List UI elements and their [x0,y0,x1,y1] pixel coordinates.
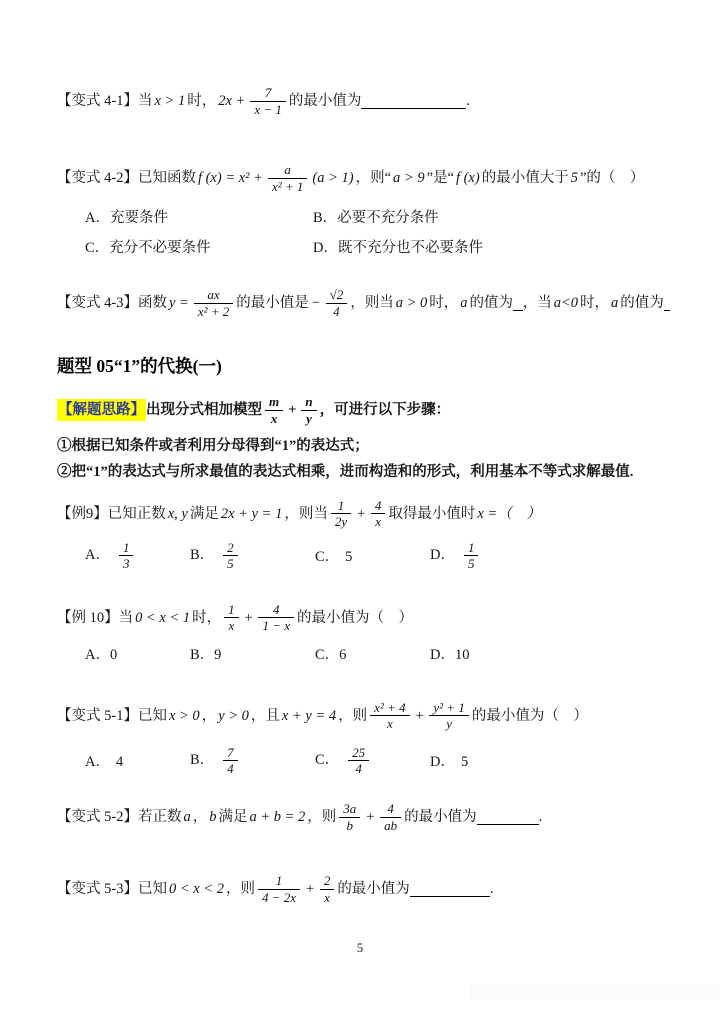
problem-text: 满足 [190,505,219,523]
problem-text: 满足 [218,808,247,826]
math-inline: f (x) = x² + [198,169,263,187]
faint-watermark-band [470,984,720,1000]
fraction-numerator: 4 [380,801,401,818]
fraction-numerator: 3a [339,801,360,818]
fraction-numerator: 25 [348,745,369,762]
fraction: 12y [331,498,351,530]
plus-sign: + [305,880,315,898]
options-grid: A．充要条件 B．必要不充分条件 C．充分不必要条件 D．既不充分也不必要条件 [85,206,670,257]
answer-blank [664,296,670,311]
problem-text: 的最小值是 [236,294,309,312]
fraction: 14 − 2x [258,873,300,905]
fraction-numerator: x² + 4 [370,700,409,717]
option-b: B．9 [190,643,315,664]
fraction: 2x [320,873,335,905]
fraction-denominator: 1 − x [258,618,294,634]
minus-sign: − [311,294,321,312]
problem-text: ，且 [251,707,280,725]
fraction-denominator: y [301,411,316,427]
plus-sign: + [365,808,375,826]
fraction: 74 [223,745,238,777]
answer-blank [410,882,490,897]
option-label: B． [190,547,214,563]
options-row: A．4 B．74 C．254 D．5 [85,745,670,777]
fraction-denominator: x [370,716,409,732]
strategy-line: 【解题思路】出现分式相加模型mx+ny，可进行以下步骤： [57,388,670,432]
strategy-step-2: ②把“1”的表达式与所求最值的表达式相乘，进而构造和的形式，利用基本不等式求解最… [57,463,670,482]
fraction-numerator: 2 [320,873,335,890]
problem-text: 的最小值为 [404,808,477,826]
problem-4-3: 【变式 4-3】函数y =axx² + 2的最小值是−√24，则当a > 0时，… [57,275,670,331]
math-inline: x =（ ） [477,505,540,523]
problem-5-3: 【变式 5-3】已知0 < x < 2，则14 − 2x+2x的最小值为. [57,867,670,911]
fraction-numerator: 1 [464,540,479,557]
fraction: 4ab [380,801,401,833]
problem-label-text: 【变式 5-2】若正数 [57,808,181,826]
option-d: D．15 [430,540,481,572]
option-c: C．充分不必要条件 [85,236,313,257]
answer-blank [513,296,523,311]
fraction-denominator: ab [380,818,401,834]
fraction-denominator: x [320,890,335,906]
math-inline: 2x + [218,92,245,110]
answer-blank [361,94,466,109]
fraction: 13 [119,540,134,572]
problem-text: ，当 [523,294,552,312]
fraction: 25 [223,540,238,572]
fraction-denominator: 4 [223,761,238,777]
fraction-denominator: b [339,818,360,834]
fraction: 3ab [339,801,360,833]
problem-label-text: 【变式 4-2】已知函数 [57,169,196,187]
problem-text: 的最小值为（ ） [297,609,413,627]
option-b: B．74 [190,745,315,777]
math-inline: a [611,294,618,312]
math-inline: 5 [571,169,578,187]
option-value: 5 [345,549,352,565]
fraction-denominator: 2y [331,514,351,530]
plus-sign: + [415,707,425,725]
option-c: C．254 [315,745,430,777]
math-inline: 0 < x < 2 [169,880,224,898]
option-value: 4 [116,754,123,770]
problem-text: ”是“ [427,169,454,187]
option-b: B．必要不充分条件 [313,206,670,227]
option-d: D．10 [430,643,469,664]
option-label: D． [430,754,455,770]
math-inline: a + b = 2 [249,808,305,826]
fraction-numerator: 1 [224,602,239,619]
option-label: C． [315,549,339,565]
plus-sign: + [288,401,296,419]
fraction: mx [265,394,283,426]
math-inline: (a > 1) [312,169,353,187]
math-inline: 2x + y = 1 [221,505,282,523]
problem-text: . [539,808,543,826]
fraction-denominator: x [224,618,239,634]
answer-blank [477,810,539,825]
math-inline: y = [169,294,189,312]
fraction-numerator: 7 [223,745,238,762]
fraction-numerator: 1 [331,498,351,515]
fraction-denominator: 4 − 2x [258,890,300,906]
math-inline: a > 9 [393,169,425,187]
problem-text: ，则当 [284,505,328,523]
problem-text: 的最小值大于 [482,169,569,187]
fraction-numerator: y² + 1 [429,700,468,717]
strategy-step-1: ①根据已知条件或者利用分母得到“1”的表达式； [57,437,670,456]
fraction-numerator: m [265,394,283,411]
problem-4-1: 【变式 4-1】当x > 1时，2x +7x − 1的最小值为. [57,78,670,124]
problem-label-text: 【变式 4-1】当 [57,92,152,110]
problem-text: 的最小值为 [289,92,362,110]
fraction: y² + 1y [429,700,468,732]
options-row: A．0 B．9 C．6 D．10 [85,643,670,664]
problem-label-text: 【变式 4-3】函数 [57,294,167,312]
fraction: √24 [326,287,348,319]
fraction-numerator: n [301,394,316,411]
math-inline: b [209,808,216,826]
fraction: 7x − 1 [250,85,286,117]
fraction: ax² + 1 [268,162,307,194]
option-a: A．充要条件 [85,206,313,227]
options-row: A．13 B．25 C．5 D．15 [85,540,670,572]
problem-text: 时， [192,609,221,627]
problem-label-text: 【变式 5-1】已知 [57,707,167,725]
problem-text: ，则“ [356,169,391,187]
problem-example-9: 【例9】已知正数x, y满足2x + y = 1，则当12y+4x取得最小值时x… [57,492,670,536]
option-label: D． [430,547,455,563]
math-inline: 0 < x < 1 [135,609,190,627]
math-inline: x, y [168,505,188,523]
fraction-numerator: 2 [223,540,238,557]
math-inline: x > 0 [169,707,200,725]
option-d: D．既不充分也不必要条件 [313,236,670,257]
fraction-numerator: ax [194,287,233,304]
problem-text: 的值为 [470,294,514,312]
problem-5-1: 【变式 5-1】已知x > 0，y > 0，且x + y = 4，则x² + 4… [57,692,670,740]
strategy-label-highlighted: 【解题思路】 [57,399,146,421]
math-inline: x + y = 4 [282,707,336,725]
problem-text: ， [202,707,217,725]
section-heading: 题型 05“1”的代换(一) [57,353,670,378]
math-inline: a > 0 [396,294,428,312]
strategy-text: ，可进行以下步骤： [320,401,451,419]
problem-text: ，则 [307,808,336,826]
fraction-numerator: 4 [371,498,386,515]
option-label: A． [85,547,110,563]
problem-5-2: 【变式 5-2】若正数a，b满足a + b = 2，则3ab+4ab的最小值为. [57,795,670,839]
fraction-denominator: y [429,716,468,732]
fraction: 4x [371,498,386,530]
fraction-denominator: x² + 1 [268,179,307,195]
fraction-numerator: 1 [258,873,300,890]
problem-4-2: 【变式 4-2】已知函数f (x) = x² +ax² + 1(a > 1)，则… [57,156,670,200]
fraction-denominator: 5 [223,556,238,572]
fraction: ny [301,394,316,426]
fraction-denominator: x [371,514,386,530]
problem-label-text: 【例9】已知正数 [57,505,166,523]
option-a: A．13 [85,540,190,572]
option-a: A．4 [85,750,190,771]
option-b: B．25 [190,540,315,572]
problem-text: ”的（ ） [580,169,644,187]
fraction-numerator: 4 [258,602,294,619]
plus-sign: + [244,609,254,627]
problem-label-text: 【例 10】当 [57,609,133,627]
fraction: axx² + 2 [194,287,233,319]
option-a: A．0 [85,643,190,664]
fraction: 1x [224,602,239,634]
fraction-denominator: x² + 2 [194,304,233,320]
fraction-denominator: 4 [348,761,369,777]
problem-text: . [490,880,494,898]
fraction-numerator: 1 [119,540,134,557]
fraction-denominator: 4 [326,304,348,320]
math-inline: a [183,808,190,826]
math-inline: a<0 [554,294,578,312]
problem-text: 取得最小值时 [388,505,475,523]
problem-text: ，则 [338,707,367,725]
plus-sign: + [356,505,366,523]
worksheet-page: 【变式 4-1】当x > 1时，2x +7x − 1的最小值为. 【变式 4-2… [0,0,720,1018]
fraction-numerator: a [268,162,307,179]
fraction-numerator: √2 [326,287,348,304]
math-inline: f (x) [456,169,480,187]
problem-text: . [466,92,470,110]
problem-text: 时， [187,92,216,110]
page-content: 【变式 4-1】当x > 1时，2x +7x − 1的最小值为. 【变式 4-2… [0,78,720,911]
option-label: C． [315,752,339,768]
fraction-numerator: 7 [250,85,286,102]
option-c: C．5 [315,545,430,566]
strategy-text: 出现分式相加模型 [146,401,262,419]
fraction: x² + 4x [370,700,409,732]
problem-text: 的最小值为（ ） [472,707,588,725]
math-inline: a [460,294,467,312]
option-value: 5 [461,754,468,770]
problem-label-text: 【变式 5-3】已知 [57,880,167,898]
fraction-denominator: 5 [464,556,479,572]
math-inline: x > 1 [154,92,185,110]
option-label: B． [190,752,214,768]
fraction: 15 [464,540,479,572]
math-inline: y > 0 [218,707,249,725]
problem-text: ，则 [226,880,255,898]
option-c: C．6 [315,643,430,664]
problem-text: 时， [429,294,458,312]
fraction-denominator: 3 [119,556,134,572]
problem-text: 的最小值为 [337,880,410,898]
problem-text: 的值为 [620,294,664,312]
fraction: 254 [348,745,369,777]
fraction: 41 − x [258,602,294,634]
problem-text: ， [193,808,208,826]
problem-text: ，则当 [350,294,394,312]
fraction-denominator: x [265,411,283,427]
problem-text: 时， [580,294,609,312]
page-number: 5 [0,940,720,956]
fraction-denominator: x − 1 [250,102,286,118]
option-label: A． [85,754,110,770]
problem-example-10: 【例 10】当0 < x < 1时，1x+41 − x的最小值为（ ） [57,596,670,640]
option-d: D．5 [430,750,468,771]
